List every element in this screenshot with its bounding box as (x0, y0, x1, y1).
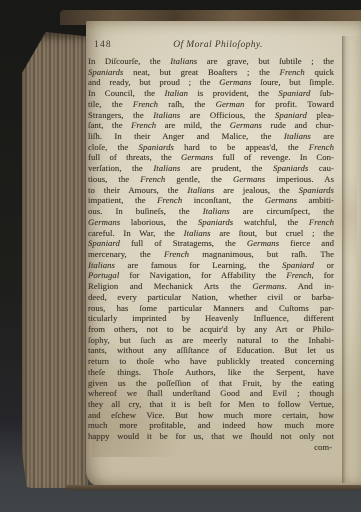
text-line: liſh. In their Anger and Malice, the Ita… (88, 131, 334, 142)
text-line: ous. In buſineſs, the Italians are circu… (88, 206, 334, 217)
text-line: to their Amours, the Italians are jealou… (88, 185, 334, 196)
text-line: mercenary, the French magnanimous, but r… (88, 249, 334, 260)
text-line: ſant, the French are mild, the Germans r… (88, 120, 334, 131)
text-line: return to thoſe who have publickly treat… (88, 356, 334, 367)
text-line: and ready, but proud ; the Germans ſoure… (88, 77, 334, 88)
text-line: and eſchew Vice. But how much more certa… (88, 410, 334, 421)
text-line: impatient, the French inconſtant, the Ge… (88, 195, 334, 206)
text-line: whereof we ſhall underſtand Good and Evi… (88, 388, 334, 399)
text-line: In Diſcourſe, the Italians are grave, bu… (88, 56, 334, 67)
text-line: tious, the French gentle, the Germans im… (88, 174, 334, 185)
text-line: happy would it be for us, that we ſhould… (88, 431, 334, 442)
text-line: Strangers, the Italians are Officious, t… (88, 110, 334, 121)
text-line: verſation, the Italians are prudent, the… (88, 163, 334, 174)
text-line: careful. In War, the Italians are ſtout,… (88, 228, 334, 239)
body-text: In Diſcourſe, the Italians are grave, bu… (88, 56, 334, 442)
running-title: Of Moral Philoſophy. (88, 40, 334, 50)
text-line: Portugal for Navigation, for Affability … (88, 270, 334, 281)
text-line: tants, without any aſſiſtance of Educati… (88, 345, 334, 356)
text-line: cloſe, the Spaniards hard to be appeas'd… (88, 142, 334, 153)
text-line: given us the poſſeſſion of that Fruit, b… (88, 378, 334, 389)
text-line: Spaniards neat, but great Boaſters ; the… (88, 67, 334, 78)
text-line: deed, every particular Nation, whether c… (88, 292, 334, 303)
text-line: rous, has ſome particular Manners and Cu… (88, 303, 334, 314)
catchword: com- (88, 442, 334, 453)
text-line: tile, the French raſh, the German for pr… (88, 99, 334, 110)
book-gutter (342, 36, 361, 483)
text-line: they all cry, that it is beſt for Men to… (88, 399, 334, 410)
text-line: ticularly imprinted by Heavenly Influenc… (88, 313, 334, 324)
text-line: much more profitable, and indeed how muc… (88, 420, 334, 431)
text-line: Religion and Mechanick Arts the Germans.… (88, 281, 334, 292)
page-text: 148 Of Moral Philoſophy. In Diſcourſe, t… (88, 40, 334, 453)
text-line: ſophy, but ſuch as are meerly natural to… (88, 335, 334, 346)
book-bottom-edge (66, 485, 361, 490)
page-number: 148 (94, 40, 112, 50)
text-line: full of threats, the Germans full of rev… (88, 152, 334, 163)
book-photo: 148 Of Moral Philoſophy. In Diſcourſe, t… (0, 0, 361, 512)
text-line: Spaniard full of Stratagems, the Germans… (88, 238, 334, 249)
text-line: In Council, the Italian is provident, th… (88, 88, 334, 99)
book-fore-edge (22, 32, 88, 488)
text-line: Italians are famous for Learning, the Sp… (88, 260, 334, 271)
text-line: theſe things. Thoſe Authors, like the Se… (88, 367, 334, 378)
text-line: from others, not to be acquir'd by any A… (88, 324, 334, 335)
text-line: Germans laborious, the Spaniards watchfu… (88, 217, 334, 228)
page-header: 148 Of Moral Philoſophy. (88, 40, 334, 54)
